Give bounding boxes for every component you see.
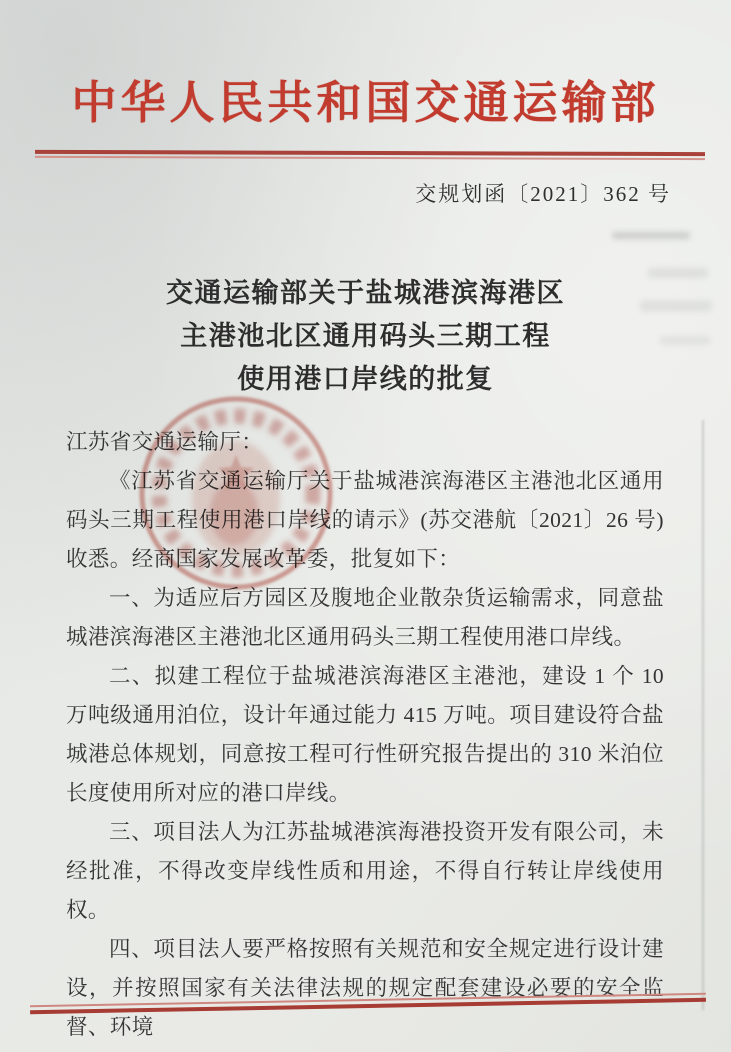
title-line-3: 使用港口岸线的批复: [0, 358, 731, 401]
title-line-2: 主港池北区通用码头三期工程: [0, 315, 731, 358]
body-paragraph-item-3: 三、项目法人为江苏盐城港滨海港投资开发有限公司，未经批准，不得改变岸线性质和用途…: [66, 813, 664, 930]
document-title: 交通运输部关于盐城港滨海港区 主港池北区通用码头三期工程 使用港口岸线的批复: [0, 272, 731, 401]
document-body: 江苏省交通运输厅： 《江苏省交通运输厅关于盐城港滨海港区主港池北区通用码头三期工…: [66, 423, 664, 1047]
document-page: 中华人民共和国交通运输部 交规划函〔2021〕362 号 交通运输部关于盐城港滨…: [0, 0, 731, 1052]
title-line-1: 交通运输部关于盐城港滨海港区: [0, 272, 731, 315]
body-paragraph-item-4: 四、项目法人要严格按照有关规范和安全规定进行设计建设，并按照国家有关法律法规的规…: [66, 930, 664, 1047]
document-number: 交规划函〔2021〕362 号: [415, 178, 671, 208]
salutation: 江苏省交通运输厅：: [66, 423, 664, 462]
body-paragraph-intro: 《江苏省交通运输厅关于盐城港滨海港区主港池北区通用码头三期工程使用港口岸线的请示…: [66, 462, 664, 579]
paper-edge-crease: [702, 420, 704, 1010]
header-red-rule: [35, 150, 705, 160]
scan-smudge: [612, 232, 690, 239]
body-paragraph-item-2: 二、拟建工程位于盐城港滨海港区主港池，建设 1 个 10 万吨级通用泊位，设计年…: [66, 657, 664, 813]
letterhead-org-name: 中华人民共和国交通运输部: [0, 66, 731, 131]
body-paragraph-item-1: 一、为适应后方园区及腹地企业散杂货运输需求，同意盐城港滨海港区主港池北区通用码头…: [66, 579, 664, 657]
